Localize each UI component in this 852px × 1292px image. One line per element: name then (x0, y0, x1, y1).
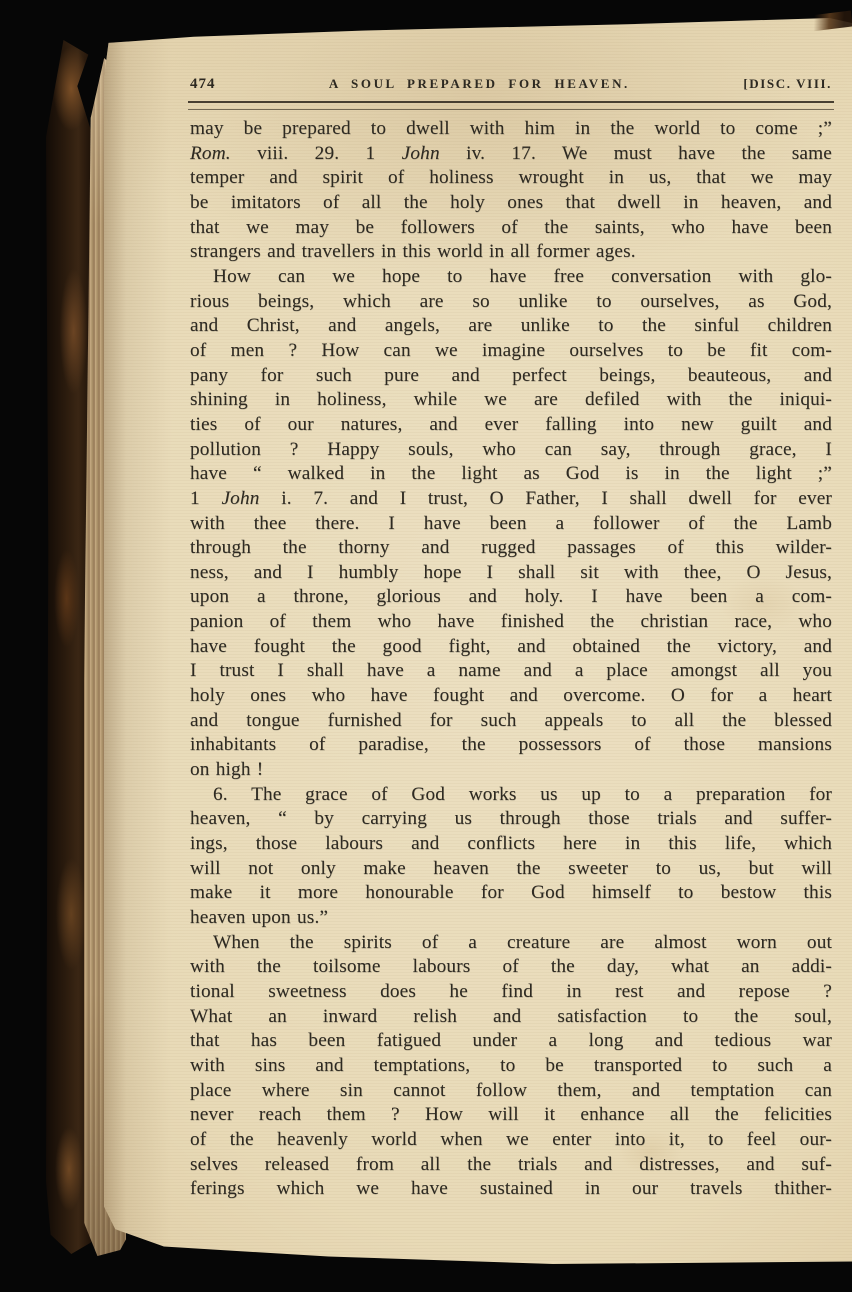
text-segment: of the heavenly world when we enter into… (190, 1129, 832, 1150)
text-line: on high ! (190, 758, 832, 783)
text-line: ferings which we have sustained in our t… (190, 1177, 832, 1202)
text-line: upon a throne, glorious and holy. I have… (190, 585, 832, 610)
text-line: holy ones who have fought and overcome. … (190, 684, 832, 709)
text-segment: strangers and travellers in this world i… (190, 241, 636, 262)
text-line: of the heavenly world when we enter into… (190, 1128, 832, 1153)
text-segment: What an inward relish and satisfaction t… (190, 1006, 832, 1027)
text-segment: When the spirits of a creature are almos… (213, 932, 832, 953)
text-segment: of men ? How can we imagine ourselves to… (190, 340, 832, 361)
text-segment: viii. 29. 1 (231, 143, 402, 164)
text-segment: make it more honourable for God himself … (190, 882, 832, 903)
text-line: 1 John i. 7. and I trust, O Father, I sh… (190, 487, 832, 512)
text-segment: ferings which we have sustained in our t… (190, 1178, 832, 1199)
text-line: 6. The grace of God works us up to a pre… (190, 783, 832, 808)
text-line: tional sweetness does he find in rest an… (190, 980, 832, 1005)
text-line: ings, those labours and conflicts here i… (190, 832, 832, 857)
text-segment: How can we hope to have free conversatio… (213, 266, 832, 287)
section-marker: [DISC. VIII. (743, 76, 832, 92)
text-segment: and tongue furnished for such appeals to… (190, 710, 832, 731)
text-line: strangers and travellers in this world i… (190, 240, 832, 265)
text-segment: selves released from all the trials and … (190, 1154, 832, 1175)
text-line: Rom. viii. 29. 1 John iv. 17. We must ha… (190, 142, 832, 167)
text-line: heaven upon us.” (190, 906, 832, 931)
text-line: pany for such pure and perfect beings, b… (190, 364, 832, 389)
text-segment: ings, those labours and conflicts here i… (190, 833, 832, 854)
text-segment: shining in holiness, while we are defile… (190, 389, 832, 410)
text-segment: have fought the good fight, and obtained… (190, 636, 832, 657)
text-line: temper and spirit of holiness wrought in… (190, 166, 832, 191)
text-line: through the thorny and rugged passages o… (190, 536, 832, 561)
text-line: never reach them ? How will it enhance a… (190, 1103, 832, 1128)
page-number: 474 (190, 76, 216, 93)
text-segment: tional sweetness does he find in rest an… (190, 981, 832, 1002)
text-line: shining in holiness, while we are defile… (190, 388, 832, 413)
scripture-reference: John (402, 143, 440, 164)
text-segment: and Christ, and angels, are unlike to th… (190, 315, 832, 336)
text-line: I trust I shall have a name and a place … (190, 659, 832, 684)
text-line: How can we hope to have free conversatio… (190, 265, 832, 290)
text-line: and tongue furnished for such appeals to… (190, 709, 832, 734)
scripture-reference: John (221, 488, 259, 509)
text-line: with the toilsome labours of the day, wh… (190, 955, 832, 980)
text-segment: place where sin cannot follow them, and … (190, 1080, 832, 1101)
text-segment: have “ walked in the light as God is in … (190, 463, 832, 484)
text-segment: be imitators of all the holy ones that d… (190, 192, 832, 213)
text-line: pollution ? Happy souls, who can say, th… (190, 438, 832, 463)
text-segment: will not only make heaven the sweeter to… (190, 858, 832, 879)
text-segment: upon a throne, glorious and holy. I have… (190, 586, 832, 607)
text-segment: pollution ? Happy souls, who can say, th… (190, 439, 832, 460)
page-header: 474 A SOUL PREPARED FOR HEAVEN. [DISC. V… (190, 76, 832, 93)
text-line: make it more honourable for God himself … (190, 881, 832, 906)
text-line: may be prepared to dwell with him in the… (190, 117, 832, 142)
text-line: with thee there. I have been a follower … (190, 512, 832, 537)
text-segment: may be prepared to dwell with him in the… (190, 118, 832, 139)
text-segment: on high ! (190, 759, 263, 780)
text-line: selves released from all the trials and … (190, 1153, 832, 1178)
text-line: ties of our natures, and ever falling in… (190, 413, 832, 438)
text-line: will not only make heaven the sweeter to… (190, 857, 832, 882)
text-line: of men ? How can we imagine ourselves to… (190, 339, 832, 364)
text-line: inhabitants of paradise, the possessors … (190, 733, 832, 758)
header-rule (188, 101, 834, 110)
text-segment: pany for such pure and perfect beings, b… (190, 365, 832, 386)
text-line: and Christ, and angels, are unlike to th… (190, 314, 832, 339)
text-line: What an inward relish and satisfaction t… (190, 1005, 832, 1030)
text-segment: heaven, “ by carrying us through those t… (190, 808, 832, 829)
text-segment: inhabitants of paradise, the possessors … (190, 734, 832, 755)
text-segment: with the toilsome labours of the day, wh… (190, 956, 832, 977)
text-segment: that has been fatigued under a long and … (190, 1030, 832, 1051)
text-line: be imitators of all the holy ones that d… (190, 191, 832, 216)
text-line: heaven, “ by carrying us through those t… (190, 807, 832, 832)
text-line: have “ walked in the light as God is in … (190, 462, 832, 487)
text-segment: iv. 17. We must have the same (440, 143, 832, 164)
body-text: may be prepared to dwell with him in the… (190, 117, 832, 1202)
text-line: place where sin cannot follow them, and … (190, 1079, 832, 1104)
text-line: that has been fatigued under a long and … (190, 1029, 832, 1054)
text-segment: panion of them who have finished the chr… (190, 611, 832, 632)
text-line: rious beings, which are so unlike to our… (190, 290, 832, 315)
scripture-reference: Rom. (190, 143, 231, 164)
text-segment: 1 (190, 488, 221, 509)
text-segment: ness, and I humbly hope I shall sit with… (190, 562, 832, 583)
text-segment: 6. The grace of God works us up to a pre… (213, 784, 832, 805)
text-segment: temper and spirit of holiness wrought in… (190, 167, 832, 188)
text-segment: heaven upon us.” (190, 907, 328, 928)
text-line: that we may be followers of the saints, … (190, 216, 832, 241)
running-title: A SOUL PREPARED FOR HEAVEN. (329, 76, 630, 92)
text-segment: that we may be followers of the saints, … (190, 217, 832, 238)
text-segment: i. 7. and I trust, O Father, I shall dwe… (260, 488, 832, 509)
text-segment: ties of our natures, and ever falling in… (190, 414, 832, 435)
scanned-book-photo: { "colors": { "photo_background": "#0606… (0, 0, 852, 1292)
text-segment: rious beings, which are so unlike to our… (190, 291, 832, 312)
text-segment: with sins and temptations, to be transpo… (190, 1055, 832, 1076)
text-segment: I trust I shall have a name and a place … (190, 660, 832, 681)
text-segment: with thee there. I have been a follower … (190, 513, 832, 534)
text-line: with sins and temptations, to be transpo… (190, 1054, 832, 1079)
text-line: panion of them who have finished the chr… (190, 610, 832, 635)
text-segment: through the thorny and rugged passages o… (190, 537, 832, 558)
text-segment: holy ones who have fought and overcome. … (190, 685, 832, 706)
text-line: ness, and I humbly hope I shall sit with… (190, 561, 832, 586)
text-line: have fought the good fight, and obtained… (190, 635, 832, 660)
text-segment: never reach them ? How will it enhance a… (190, 1104, 832, 1125)
text-line: When the spirits of a creature are almos… (190, 931, 832, 956)
